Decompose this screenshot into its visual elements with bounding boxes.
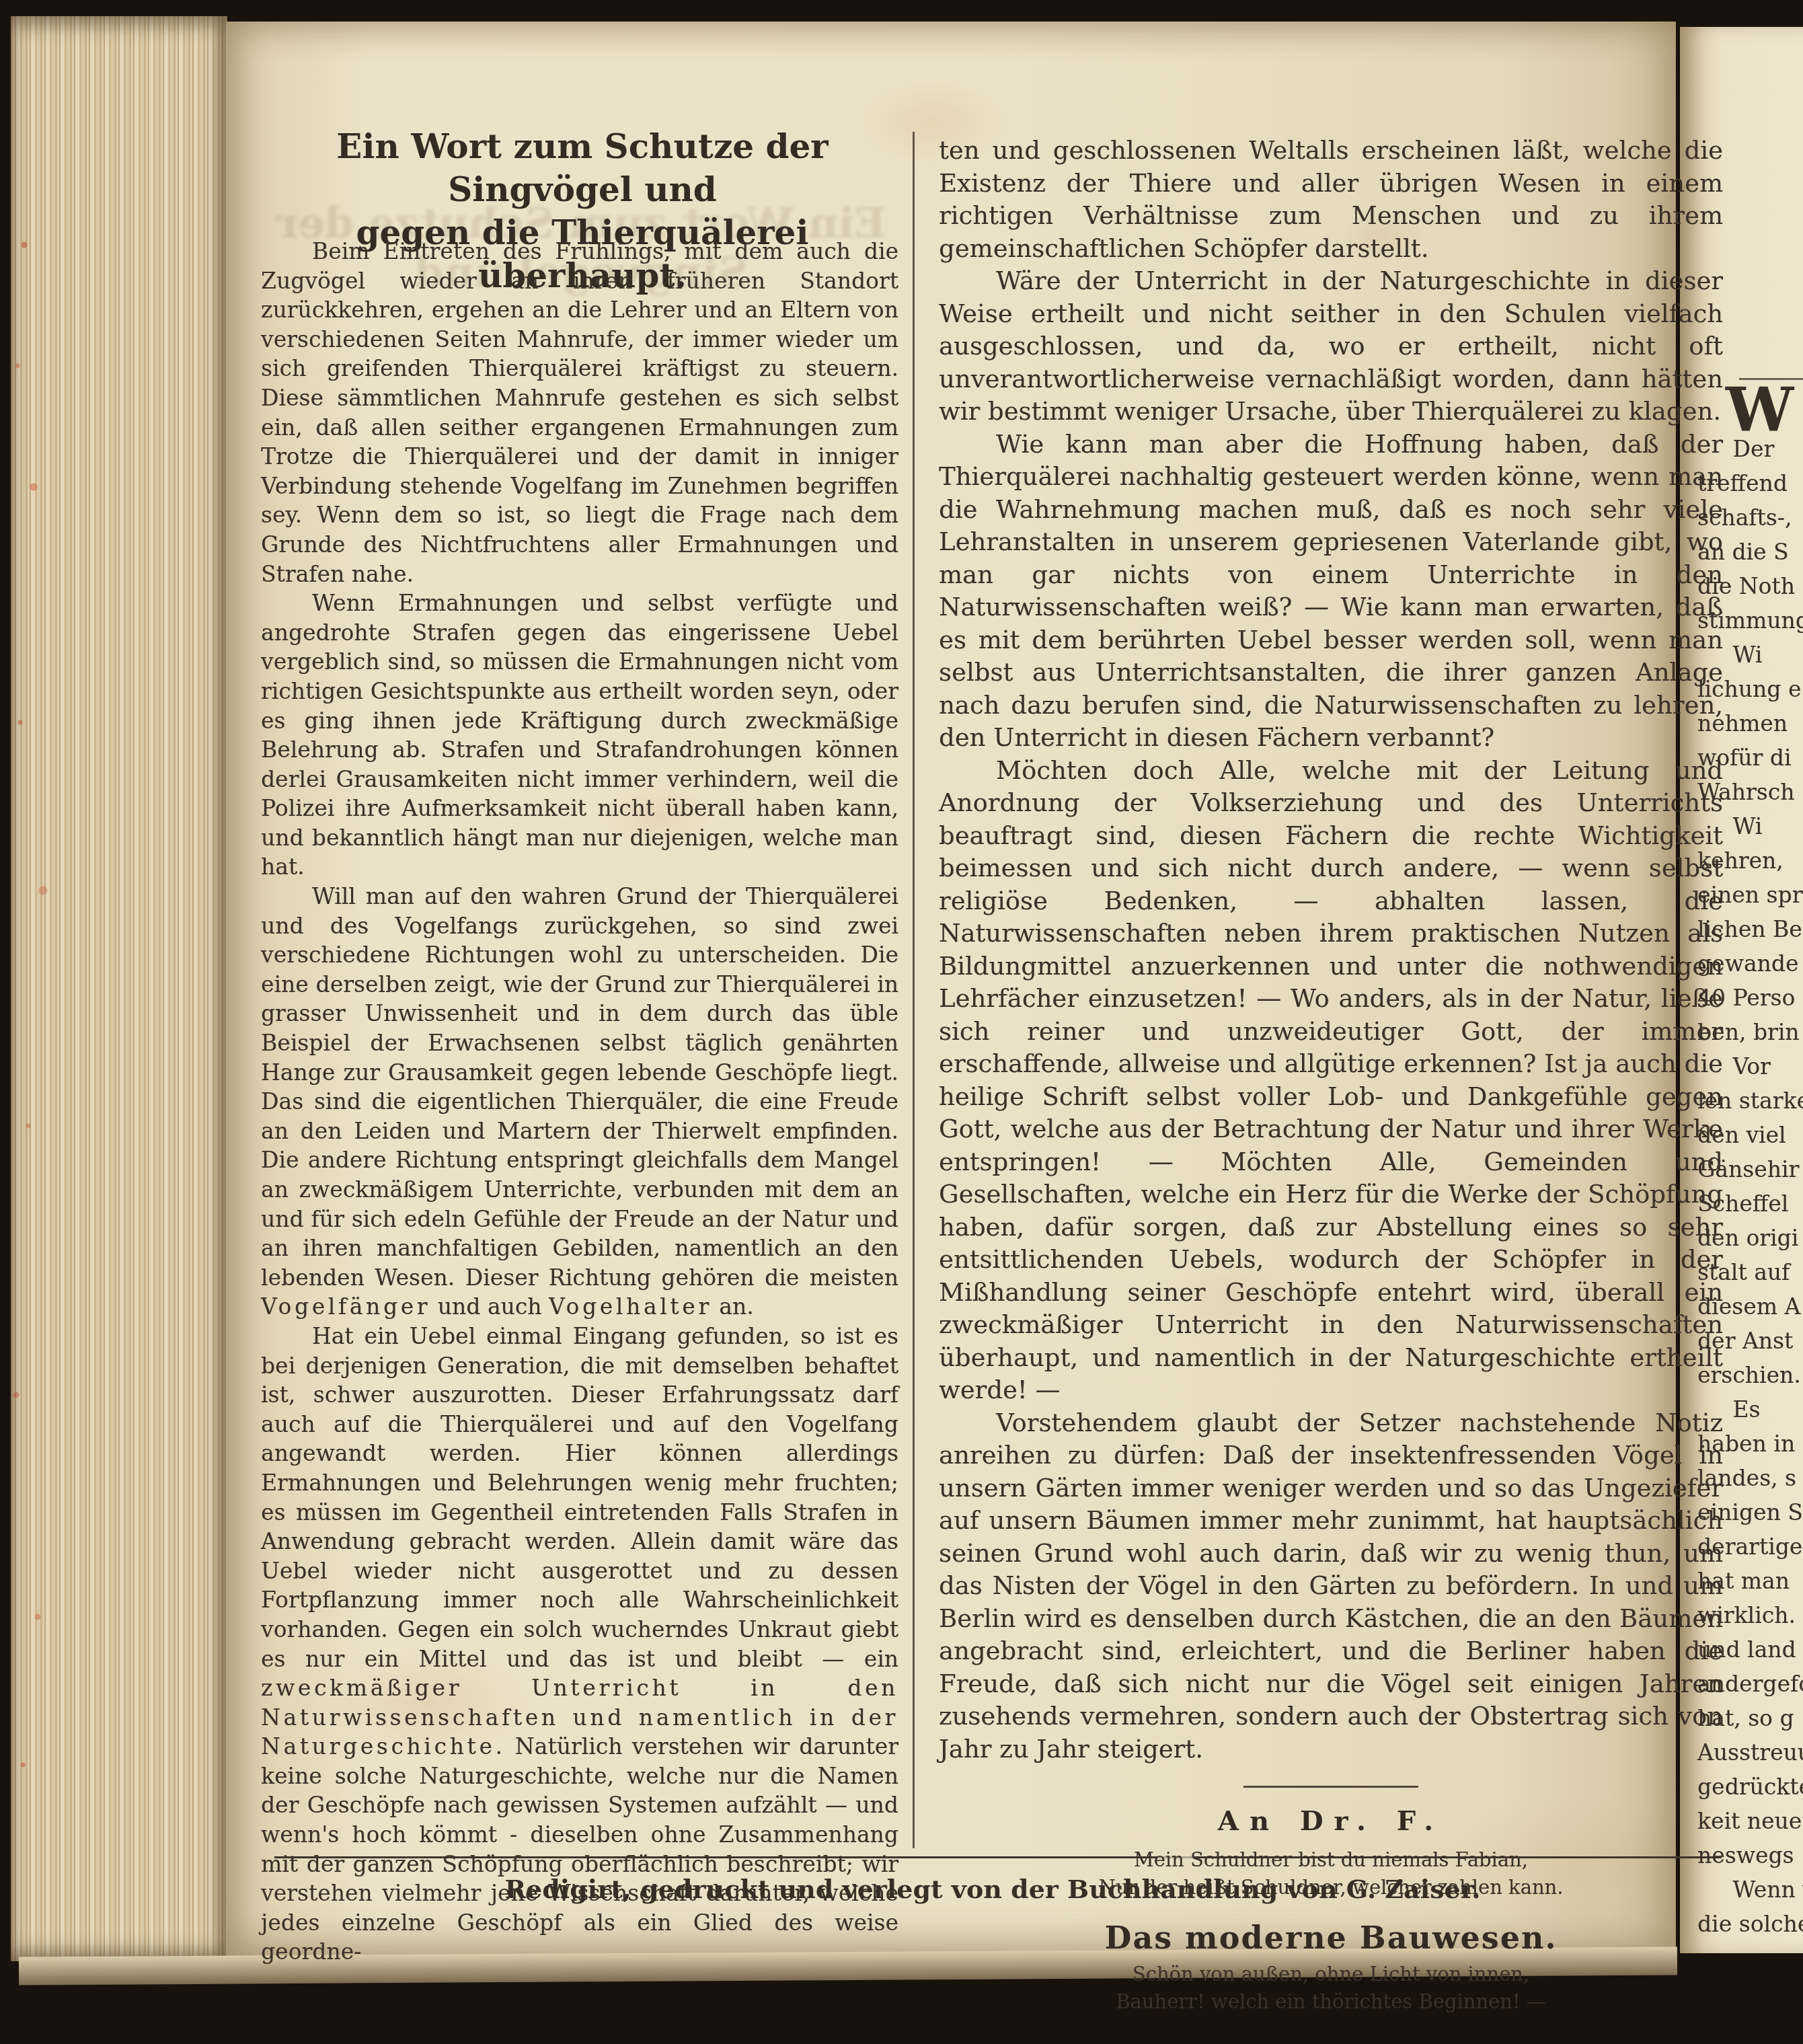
next-page-line-fragment: die solche — [1697, 1907, 1803, 1941]
next-page-line-fragment: wofür di — [1697, 741, 1803, 775]
next-page-line-fragment: und land — [1697, 1632, 1803, 1667]
paragraph: Beim Eintreten des Frühlings, mit dem au… — [261, 237, 898, 589]
column-divider-rule — [913, 132, 915, 1848]
next-page-line-fragment: stimmung — [1697, 603, 1803, 638]
text-run: Vorstehendem glaubt der Setzer nachstehe… — [939, 1408, 1723, 1764]
paragraph: Wäre der Unterricht in der Naturgeschich… — [939, 265, 1723, 428]
text-run: Natürlich verstehen wir darunter keine s… — [261, 1733, 898, 1965]
next-page-line-fragment: treffend — [1697, 466, 1803, 500]
next-page-line-fragment: Wi — [1697, 638, 1803, 672]
next-page-line-fragment: einigen S — [1697, 1495, 1803, 1529]
text-run: Beim Eintreten des Frühlings, mit dem au… — [261, 238, 898, 587]
next-page-line-fragment: wirklich. — [1697, 1598, 1803, 1632]
text-run: Wenn Ermahnungen und selbst verfügte und… — [261, 590, 898, 880]
next-page-line-fragment: len starke — [1697, 1084, 1803, 1118]
next-page-line-fragment: andergefo — [1697, 1667, 1803, 1701]
next-page-line-fragment: hat, so g — [1697, 1701, 1803, 1735]
next-page-line-fragment: die Noth — [1697, 569, 1803, 603]
binding-page-stack-edge — [11, 16, 227, 1961]
next-page-line-fragment: nehmen — [1697, 706, 1803, 741]
next-page-line-fragment: neswegs — [1697, 1838, 1803, 1872]
epigram-heading: Das moderne Bauwesen. — [939, 1922, 1723, 1955]
section-divider-rule — [1243, 1786, 1418, 1788]
paragraph: Wenn Ermahnungen und selbst verfügte und… — [261, 589, 898, 882]
paragraph: ten und geschlossenen Weltalls erscheine… — [939, 135, 1723, 265]
next-page-initial: W — [1726, 381, 1794, 439]
paragraph: Möchten doch Alle, welche mit der Leitun… — [939, 755, 1723, 1407]
epigram-line: Bauherr! welch ein thörichtes Beginnen! … — [939, 1988, 1723, 2016]
text-run: Will man auf den wahren Grund der Thierq… — [261, 883, 898, 1291]
next-page-line-fragment: erschien. — [1697, 1358, 1803, 1392]
next-page-line-fragment: 40 Perso — [1697, 981, 1803, 1015]
next-page-line-fragment: lichung e — [1697, 672, 1803, 706]
paragraph: Wie kann man aber die Hoffnung haben, da… — [939, 428, 1723, 755]
next-page-line-fragment: Wi — [1697, 809, 1803, 843]
text-run: ten und geschlossenen Weltalls erscheine… — [939, 136, 1723, 263]
next-page-line-fragment: landes, s — [1697, 1461, 1803, 1495]
next-page-line-fragment: gewande — [1697, 946, 1803, 981]
next-page-line-fragment: keit neuer — [1697, 1804, 1803, 1838]
next-page-line-fragment: Es — [1697, 1392, 1803, 1427]
epigram: Das moderne Bauwesen.Schön von außen, oh… — [939, 1922, 1723, 2016]
footer-rule — [274, 1856, 1722, 1858]
next-page-line-fragment: Wahrsch — [1697, 775, 1803, 809]
next-page-line-fragment: Wenn v — [1697, 1872, 1803, 1907]
next-page-line-fragment: an die S — [1697, 535, 1803, 569]
next-page-line-fragment: stalt auf — [1697, 1255, 1803, 1289]
book-scan: Ein Wort zum Schutze der Singvögel und E… — [0, 0, 1803, 2044]
imprint-footer: Redigirt, gedruckt und verlegt von der B… — [266, 1874, 1719, 1904]
text-run: an. — [712, 1293, 754, 1320]
next-page-line-fragment: derartige — [1697, 1529, 1803, 1564]
epigram-line: Mein Schuldner bist du niemals Fabian, — [939, 1846, 1723, 1874]
article-title-line: Ein Wort zum Schutze der Singvögel und — [264, 125, 901, 211]
next-page-line-fragment: ben, brin — [1697, 1015, 1803, 1049]
next-page-line-fragment: haben in — [1697, 1427, 1803, 1461]
paragraph: Vorstehendem glaubt der Setzer nachstehe… — [939, 1407, 1723, 1766]
next-page-line-fragment: Vor — [1697, 1049, 1803, 1084]
next-page-line-fragment: lichen Be — [1697, 912, 1803, 946]
next-page-line-fragment: schafts-, — [1697, 500, 1803, 535]
epigram-line: Schön von außen, ohne Licht von innen, — [939, 1961, 1723, 1988]
emphasized-text: Vogelfänger — [261, 1293, 430, 1320]
next-page-line-fragment: kehren, — [1697, 843, 1803, 878]
emphasized-text: Vogelhalter — [549, 1293, 712, 1320]
text-run: Wie kann man aber die Hoffnung haben, da… — [939, 430, 1723, 753]
next-page-line-fragment: hat man — [1697, 1564, 1803, 1598]
epigram-heading: An Dr. F. — [939, 1805, 1723, 1838]
right-column-text: ten und geschlossenen Weltalls erscheine… — [939, 135, 1723, 1766]
next-page-line-fragment: der Anst — [1697, 1324, 1803, 1358]
next-page-line-fragment: den viel — [1697, 1118, 1803, 1152]
next-page-line-fragment: diesem A — [1697, 1289, 1803, 1324]
paragraph: Hat ein Uebel einmal Eingang gefunden, s… — [261, 1322, 898, 1967]
left-column: Beim Eintreten des Frühlings, mit dem au… — [261, 237, 898, 1967]
text-run: Hat ein Uebel einmal Eingang gefunden, s… — [261, 1323, 898, 1672]
text-run: Wäre der Unterricht in der Naturgeschich… — [939, 266, 1723, 426]
next-page-line-fragment: Gänsehir — [1697, 1152, 1803, 1186]
next-page-line-fragment: gedrückte — [1697, 1770, 1803, 1804]
text-run: Möchten doch Alle, welche mit der Leitun… — [939, 756, 1723, 1405]
next-page-line-fragment: den origi — [1697, 1221, 1803, 1255]
next-page-line-fragment: Ausstreuu — [1697, 1735, 1803, 1770]
next-page-line-fragment: Der — [1697, 432, 1803, 466]
next-page-line-fragment: Scheffel — [1697, 1186, 1803, 1221]
right-column: ten und geschlossenen Weltalls erscheine… — [939, 135, 1723, 2016]
text-run: und auch — [430, 1293, 549, 1320]
next-page-fragments: Dertreffendschafts-,an die Sdie Nothstim… — [1697, 432, 1803, 1941]
epigrams-block: An Dr. F.Mein Schuldner bist du niemals … — [939, 1805, 1723, 2016]
paragraph: Will man auf den wahren Grund der Thierq… — [261, 882, 898, 1322]
next-page-line-fragment: einen spr — [1697, 878, 1803, 912]
